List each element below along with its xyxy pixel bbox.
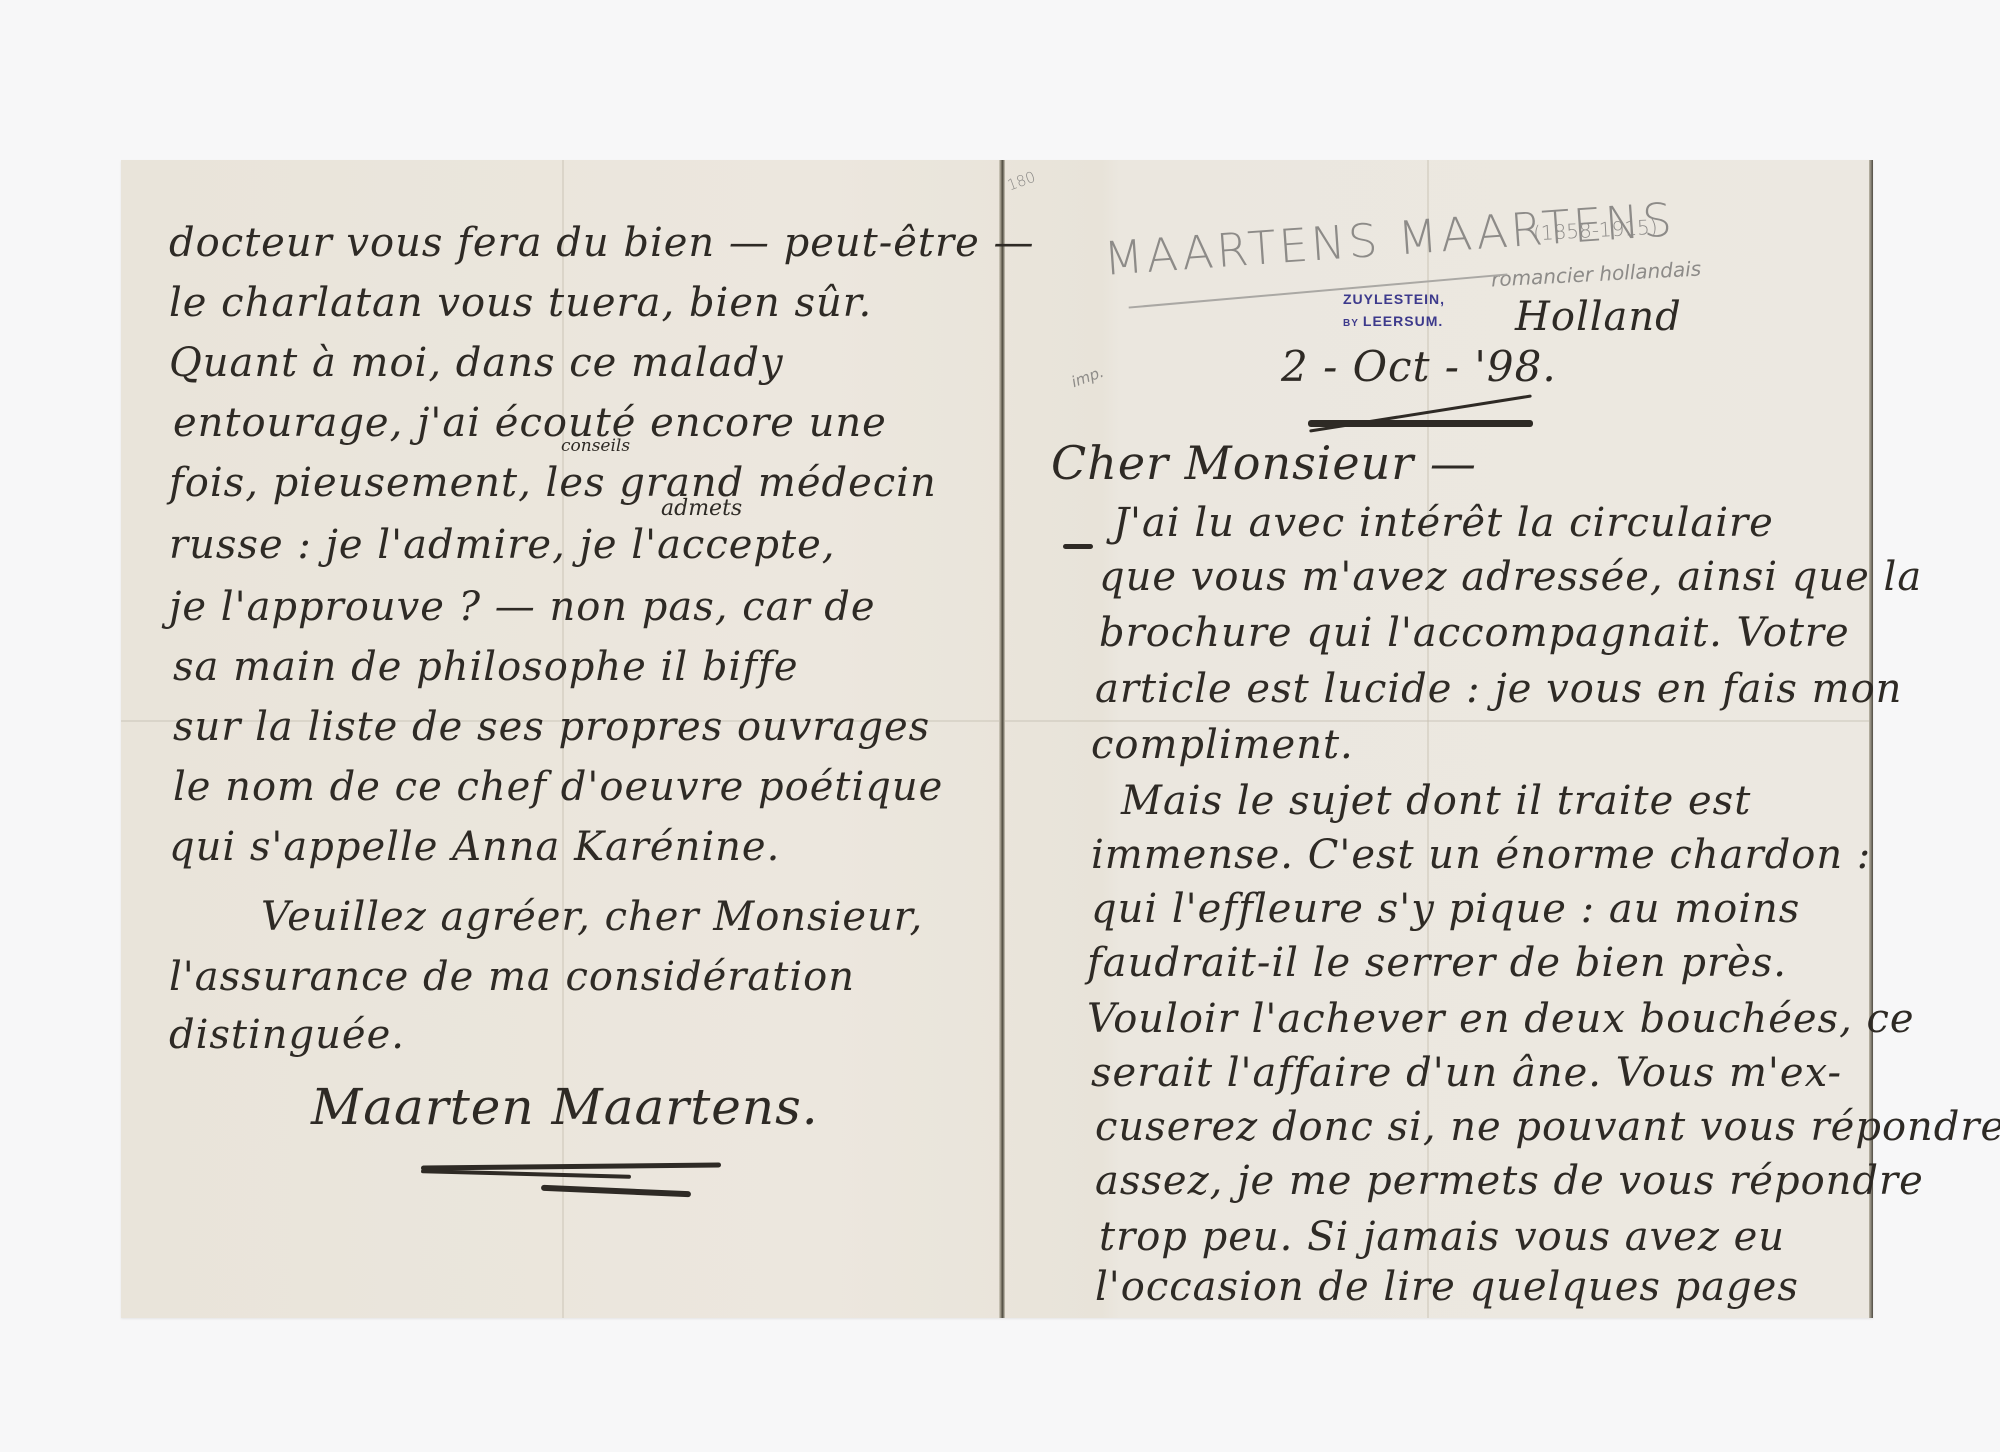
salutation: Cher Monsieur — — [1051, 436, 1477, 490]
letter-line: Quant à moi, dans ce malady — [169, 340, 784, 386]
country: Holland — [1515, 294, 1682, 340]
letter-line: assez, je me permets de vous répondre — [1095, 1158, 1924, 1204]
correction-inserted: admets — [661, 496, 742, 521]
letter-line: que vous m'avez adressée, ainsi que la — [1099, 554, 1922, 600]
letter-line: le nom de ce chef d'oeuvre poétique — [173, 764, 943, 810]
letter-line: docteur vous fera du bien — peut-être — — [169, 220, 1035, 266]
letter-line: qui s'appelle Anna Karénine. — [169, 824, 780, 870]
letter-line: immense. C'est un énorme chardon : — [1091, 832, 1871, 878]
letter-date: 2 - Oct - '98. — [1281, 342, 1557, 391]
interlinear-insert: conseils — [561, 436, 630, 456]
letterhead-line1: ZUYLESTEIN, — [1343, 288, 1445, 310]
letter-line: cuserez donc si, ne pouvant vous répondr… — [1095, 1104, 2000, 1150]
letter-line: Vouloir l'achever en deux bouchées, ce — [1087, 996, 1915, 1042]
letter-line: Mais le sujet dont il traite est — [1121, 778, 1751, 824]
margin-note: imp. — [1069, 363, 1106, 391]
right-page: 180 MAARTENS MAARTENS (1858-1915) romanc… — [1003, 160, 1873, 1318]
letter-line: article est lucide : je vous en fais mon — [1095, 666, 1902, 712]
letter-sheet: docteur vous fera du bien — peut-être — … — [121, 160, 1873, 1318]
letter-line: compliment. — [1091, 722, 1354, 768]
letter-line: faudrait-il le serrer de bien près. — [1087, 940, 1787, 986]
letter-line: entourage, j'ai écouté encore une — [173, 400, 887, 446]
folio-number: 180 — [1005, 168, 1038, 195]
left-page: docteur vous fera du bien — peut-être — … — [121, 160, 1001, 1318]
letterhead-line2: BYLEERSUM. — [1343, 310, 1445, 335]
letter-line: sur la liste de ses propres ouvrages — [173, 704, 930, 750]
letter-line: sa main de philosophe il biffe — [173, 644, 799, 690]
letter-line: russe : je l'admire, je l'accepte, — [169, 522, 835, 568]
closing-line: distinguée. — [169, 1012, 405, 1058]
letter-line: je l'approuve ? — non pas, car de — [169, 584, 876, 630]
letter-line: serait l'affaire d'un âne. Vous m'ex- — [1091, 1050, 1842, 1096]
signature-flourish — [541, 1185, 691, 1198]
letter-line: le charlatan vous tuera, bien sûr. — [169, 280, 872, 326]
closing-line: Veuillez agréer, cher Monsieur, — [261, 894, 923, 940]
signature: Maarten Maartens. — [311, 1078, 819, 1136]
letterhead-stamp: ZUYLESTEIN, BYLEERSUM. — [1343, 288, 1445, 335]
date-underline — [1308, 420, 1533, 427]
letter-line: J'ai lu avec intérêt la circulaire — [1113, 500, 1774, 546]
letter-line: qui l'effleure s'y pique : au moins — [1091, 886, 1800, 932]
signature-flourish — [421, 1162, 721, 1170]
archival-description: romancier hollandais — [1491, 257, 1702, 292]
letter-line: l'occasion de lire quelques pages — [1095, 1264, 1799, 1310]
letter-line-text: russe : je l'admire, je l'accepte, — [169, 522, 835, 568]
closing-line: l'assurance de ma considération — [169, 954, 855, 1000]
letter-line: trop peu. Si jamais vous avez eu — [1099, 1214, 1785, 1260]
letter-line: brochure qui l'accompagnait. Votre — [1099, 610, 1850, 656]
signature-flourish — [421, 1169, 631, 1178]
letter-line: fois, pieusement, les grand médecin — [169, 460, 937, 506]
margin-dash — [1063, 544, 1093, 549]
